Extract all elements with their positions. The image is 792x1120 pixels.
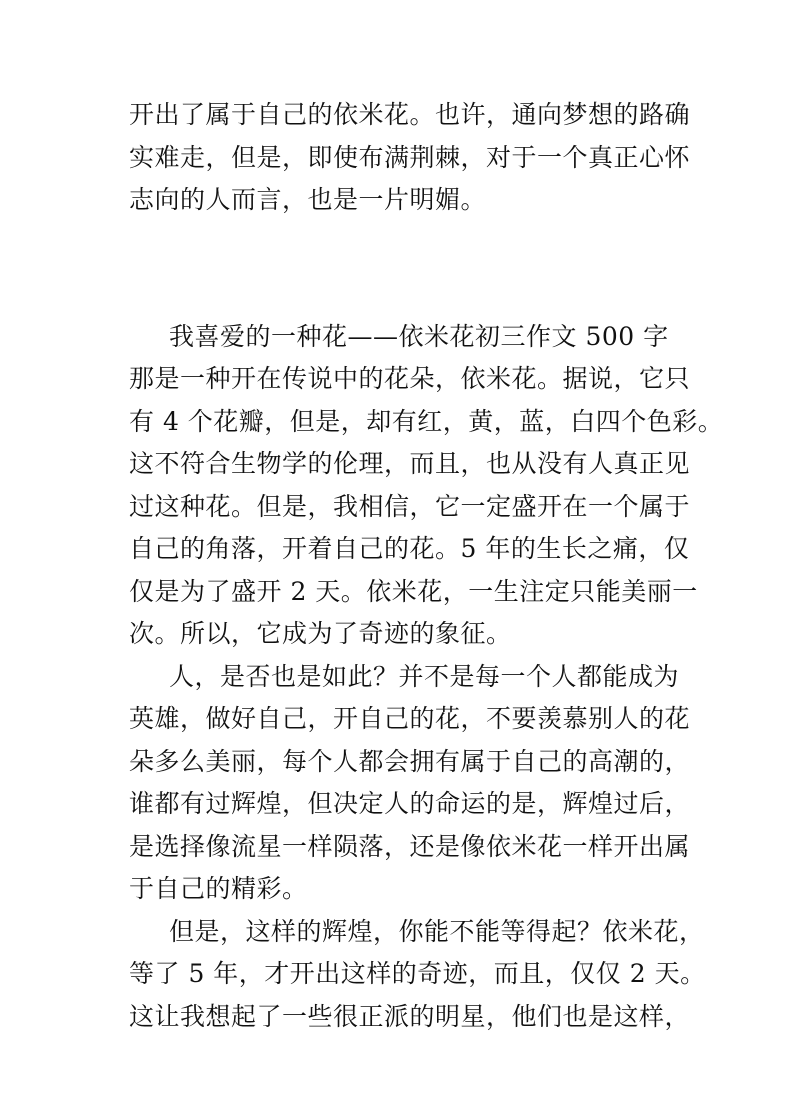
text-line: 这不符合生物学的伦理，而且，也从没有人真正见 <box>129 443 694 486</box>
text-line: 朵多么美丽，每个人都会拥有属于自己的高潮的， <box>129 741 694 784</box>
text-line: 这让我想起了一些很正派的明星，他们也是这样， <box>129 996 694 1039</box>
text-line: 但是，这样的辉煌，你能不能等得起？依米花， <box>129 911 694 954</box>
text-line: 仅是为了盛开 2 天。依米花，一生注定只能美丽一 <box>129 571 694 614</box>
text-line: 人，是否也是如此？并不是每一个人都能成为 <box>129 656 694 699</box>
text-line: 志向的人而言，也是一片明媚。 <box>129 179 694 222</box>
text-line: 过这种花。但是，我相信，它一定盛开在一个属于 <box>129 486 694 529</box>
paragraph-body-3: 但是，这样的辉煌，你能不能等得起？依米花， 等了 5 年，才开出这样的奇迹，而且… <box>129 911 694 1039</box>
text-line: 那是一种开在传说中的花朵，依米花。据说，它只 <box>129 358 694 401</box>
paragraph-body-2: 人，是否也是如此？并不是每一个人都能成为 英雄，做好自己，开自己的花，不要羡慕别… <box>129 656 694 911</box>
paragraph-body-1: 那是一种开在传说中的花朵，依米花。据说，它只 有 4 个花瓣，但是，却有红，黄，… <box>129 358 694 656</box>
paragraph-continuation: 开出了属于自己的依米花。也许，通向梦想的路确 实难走，但是，即使布满荆棘，对于一… <box>129 94 694 222</box>
text-line: 英雄，做好自己，开自己的花，不要羡慕别人的花 <box>129 698 694 741</box>
text-line: 开出了属于自己的依米花。也许，通向梦想的路确 <box>129 94 694 137</box>
text-line: 有 4 个花瓣，但是，却有红，黄，蓝，白四个色彩。 <box>129 401 694 444</box>
text-line: 于自己的精彩。 <box>129 868 694 911</box>
text-line: 谁都有过辉煌，但决定人的命运的是，辉煌过后， <box>129 783 694 826</box>
text-line: 实难走，但是，即使布满荆棘，对于一个真正心怀 <box>129 137 694 180</box>
text-line: 等了 5 年，才开出这样的奇迹，而且，仅仅 2 天。 <box>129 953 694 996</box>
text-line: 是选择像流星一样陨落，还是像依米花一样开出属 <box>129 826 694 869</box>
document-page: 开出了属于自己的依米花。也许，通向梦想的路确 实难走，但是，即使布满荆棘，对于一… <box>0 0 792 1120</box>
text-block: 开出了属于自己的依米花。也许，通向梦想的路确 实难走，但是，即使布满荆棘，对于一… <box>129 94 694 1038</box>
essay-title-line: 我喜爱的一种花——依米花初三作文 500 字 <box>129 316 694 359</box>
essay-title: 我喜爱的一种花——依米花初三作文 500 字 <box>129 316 694 359</box>
text-line: 自己的角落，开着自己的花。5 年的生长之痛，仅 <box>129 528 694 571</box>
text-line: 次。所以，它成为了奇迹的象征。 <box>129 613 694 656</box>
